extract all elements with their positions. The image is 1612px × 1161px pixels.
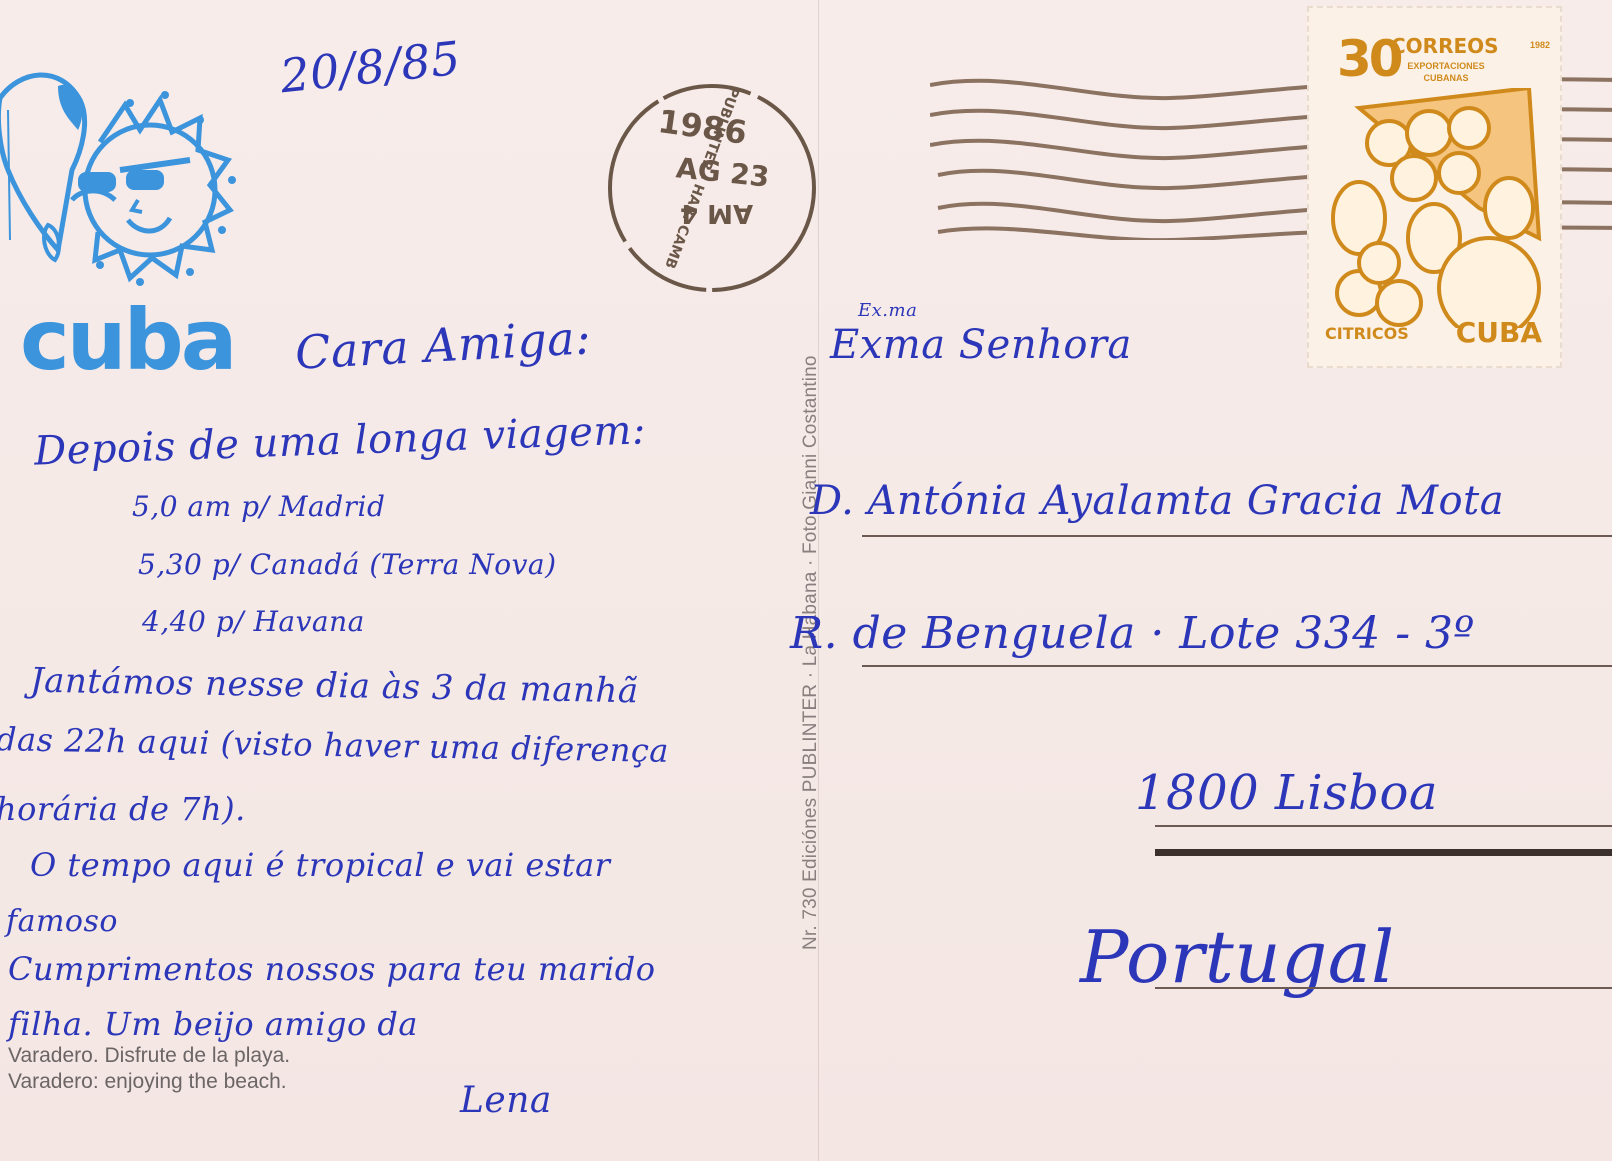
stamp-subtitle-line: CUBANAS — [1391, 72, 1501, 84]
stamp-title: CORREOS — [1391, 34, 1499, 58]
message-line: O tempo aqui é tropical e vai estar — [30, 846, 610, 884]
address-line — [1155, 825, 1612, 827]
citrus-fruit-illustration-icon — [1319, 88, 1549, 328]
stamp-country: CUBA — [1456, 316, 1542, 349]
message-signature: Lena — [460, 1080, 552, 1121]
stamp-product: CITRICOS — [1325, 324, 1409, 343]
caption-english: Varadero: enjoying the beach. — [8, 1070, 287, 1094]
message-greeting: Cara Amiga: — [294, 310, 592, 379]
message-line: 4,40 p/ Havana — [142, 605, 365, 638]
cuba-wordmark: cuba — [20, 298, 234, 382]
stamp-year: 1982 — [1530, 40, 1550, 50]
address-thick-line — [1155, 849, 1612, 856]
stamp-subtitle-line: EXPORTACIONES — [1391, 60, 1501, 72]
address-line — [862, 665, 1612, 667]
address-name: D. Antónia Ayalamta Gracia Mota — [810, 478, 1504, 524]
cuba-sun-logo-icon — [0, 50, 240, 290]
date-written: 20/8/85 — [278, 31, 463, 104]
address-street: R. de Benguela · Lote 334 - 3º — [790, 608, 1475, 659]
message-line: Depois de uma longa viagem: — [33, 407, 646, 474]
message-line: horária de 7h). — [0, 790, 246, 828]
address-city: 1800 Lisboa — [1135, 765, 1438, 821]
address-line — [862, 535, 1612, 537]
message-line: filha. Um beijo amigo da — [8, 1005, 418, 1043]
message-line: Jantámos nesse dia às 3 da manhã — [30, 661, 639, 712]
postcard-back: cuba 20/8/85 Cara Amiga: Depois de uma l… — [0, 0, 1612, 1161]
message-line: das 22h aqui (visto haver uma diferença — [0, 720, 669, 770]
message-line: Cumprimentos nossos para teu marido — [8, 950, 656, 988]
stamp-subtitle: EXPORTACIONES CUBANAS — [1391, 60, 1501, 84]
address-line — [1155, 987, 1612, 989]
message-line: 5,0 am p/ Madrid — [132, 490, 385, 523]
address-salutation: Exma Senhora — [830, 322, 1132, 368]
postage-stamp: 30 CORREOS EXPORTACIONES CUBANAS 1982 — [1307, 6, 1562, 368]
message-line: famoso — [6, 904, 118, 939]
message-line: 5,30 p/ Canadá (Terra Nova) — [138, 548, 557, 581]
caption-spanish: Varadero. Disfrute de la playa. — [8, 1044, 290, 1068]
address-salutation-prefix: Ex.ma — [858, 300, 917, 321]
